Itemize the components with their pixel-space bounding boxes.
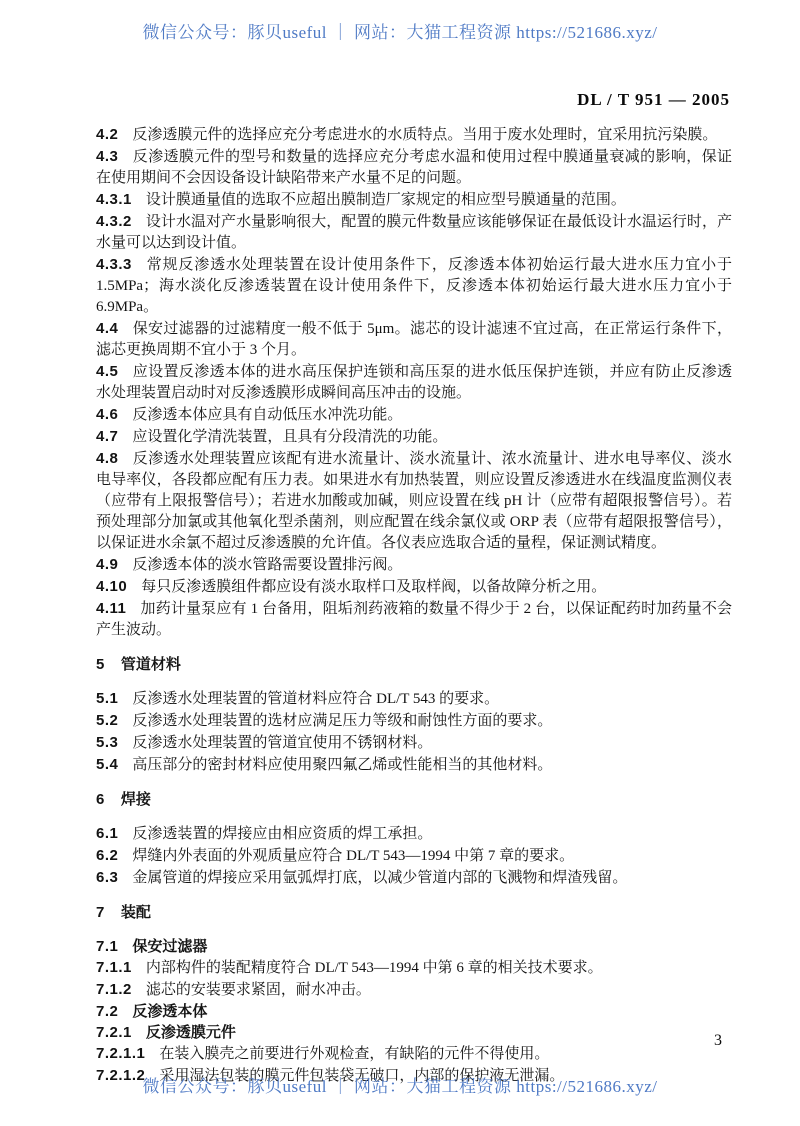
clause-text: 内部构件的装配精度符合 DL/T 543—1994 中第 6 章的相关技术要求。 [146,960,603,976]
clause-text: 应设置化学清洗装置，且具有分段清洗的功能。 [132,429,447,445]
clause-text: 装配 [121,904,151,921]
clause-text: 在装入膜壳之前要进行外观检查，有缺陷的元件不得使用。 [159,1046,549,1062]
clause-text: 反渗透膜元件 [146,1024,236,1041]
clause-text: 反渗透本体的淡水管路需要设置排污阀。 [132,557,402,573]
clause-number: 4.3 [96,148,118,165]
clause-text: 反渗透本体应具有自动低压水冲洗功能。 [132,407,402,423]
clause-paragraph: 4.5应设置反渗透本体的进水高压保护连锁和高压泵的进水低压保护连锁，并应有防止反… [96,361,732,404]
clause-paragraph: 4.8反渗透水处理装置应该配有进水流量计、淡水流量计、浓水流量计、进水电导率仪、… [96,448,732,554]
clause-paragraph: 4.4保安过滤器的过滤精度一般不低于 5μm。滤芯的设计滤速不宜过高，在正常运行… [96,318,732,361]
clause-number: 5 [96,656,105,673]
clause-text: 设计膜通量值的选取不应超出膜制造厂家规定的相应型号膜通量的范围。 [146,192,626,208]
clause-text: 管道材料 [121,656,181,673]
clause-paragraph: 4.6反渗透本体应具有自动低压水冲洗功能。 [96,404,732,426]
clause-text: 反渗透装置的焊接应由相应资质的焊工承担。 [132,826,432,842]
clause-text: 应设置反渗透本体的进水高压保护连锁和高压泵的进水低压保护连锁，并应有防止反渗透水… [96,364,732,401]
clause-paragraph: 4.11加药计量泵应有 1 台备用，阻垢剂药液箱的数量不得少于 2 台，以保证配… [96,598,732,641]
doc-code-header: DL / T 951 — 2005 [577,90,730,110]
clause-text: 加药计量泵应有 1 台备用，阻垢剂药液箱的数量不得少于 2 台，以保证配药时加药… [96,601,732,638]
clause-paragraph: 5.1反渗透水处理装置的管道材料应符合 DL/T 543 的要求。 [96,688,732,710]
clause-number: 4.5 [96,363,118,380]
clause-number: 7.1 [96,938,118,955]
clause-text: 反渗透水处理装置应该配有进水流量计、淡水流量计、浓水流量计、进水电导率仪、淡水电… [96,451,732,551]
clause-number: 7.2 [96,1003,118,1020]
clause-number: 7.2.1 [96,1024,132,1041]
section-heading: 7装配 [96,902,732,923]
clause-text: 反渗透膜元件的型号和数量的选择应充分考虑水温和使用过程中膜通量衰减的影响，保证在… [96,149,732,186]
clause-number: 4.4 [96,320,118,337]
clause-paragraph: 4.3.2设计水温对产水量影响很大，配置的膜元件数量应该能够保证在最低设计水温运… [96,211,732,254]
document-body: 4.2反渗透膜元件的选择应充分考虑进水的水质特点。当用于废水处理时，宜采用抗污染… [96,124,732,1087]
clause-number: 7.1.1 [96,959,132,976]
clause-number: 5.2 [96,712,118,729]
clause-number: 6.3 [96,869,118,886]
sub-section-heading: 7.1保安过滤器 [96,936,732,957]
clause-paragraph: 4.3.3常规反渗透水处理装置在设计使用条件下，反渗透本体初始运行最大进水压力宜… [96,254,732,318]
clause-paragraph: 6.3金属管道的焊接应采用氩弧焊打底，以减少管道内部的飞溅物和焊渣残留。 [96,867,732,889]
clause-paragraph: 4.9反渗透本体的淡水管路需要设置排污阀。 [96,554,732,576]
clause-number: 4.7 [96,428,118,445]
clause-text: 焊接 [121,791,151,808]
clause-text: 反渗透水处理装置的管道宜使用不锈钢材料。 [132,735,432,751]
clause-paragraph: 4.3.1设计膜通量值的选取不应超出膜制造厂家规定的相应型号膜通量的范围。 [96,189,732,211]
clause-number: 4.9 [96,556,118,573]
page-number: 3 [714,1032,722,1050]
clause-paragraph: 4.10每只反渗透膜组件都应设有淡水取样口及取样阀，以备故障分析之用。 [96,576,732,598]
clause-number: 4.10 [96,578,127,595]
clause-number: 5.1 [96,690,118,707]
clause-number: 4.11 [96,600,126,617]
clause-number: 7.2.1.1 [96,1045,145,1062]
watermark-bottom: 微信公众号：豚贝useful ｜ 网站：大猫工程资源 https://52168… [0,1072,800,1097]
sub-section-heading: 7.2.1反渗透膜元件 [96,1022,732,1043]
clause-paragraph: 4.7应设置化学清洗装置，且具有分段清洗的功能。 [96,426,732,448]
clause-paragraph: 7.2.1.1在装入膜壳之前要进行外观检查，有缺陷的元件不得使用。 [96,1043,732,1065]
clause-number: 4.3.2 [96,213,132,230]
clause-paragraph: 4.2反渗透膜元件的选择应充分考虑进水的水质特点。当用于废水处理时，宜采用抗污染… [96,124,732,146]
clause-text: 保安过滤器的过滤精度一般不低于 5μm。滤芯的设计滤速不宜过高，在正常运行条件下… [96,321,732,358]
clause-text: 常规反渗透水处理装置在设计使用条件下，反渗透本体初始运行最大进水压力宜小于 1.… [96,257,732,315]
clause-paragraph: 6.1反渗透装置的焊接应由相应资质的焊工承担。 [96,823,732,845]
clause-paragraph: 6.2焊缝内外表面的外观质量应符合 DL/T 543—1994 中第 7 章的要… [96,845,732,867]
clause-text: 每只反渗透膜组件都应设有淡水取样口及取样阀，以备故障分析之用。 [141,579,606,595]
clause-text: 反渗透膜元件的选择应充分考虑进水的水质特点。当用于废水处理时，宜采用抗污染膜。 [132,127,717,143]
clause-text: 高压部分的密封材料应使用聚四氟乙烯或性能相当的其他材料。 [132,757,552,773]
clause-number: 7 [96,904,105,921]
clause-text: 反渗透本体 [132,1003,207,1020]
clause-paragraph: 5.2反渗透水处理装置的选材应满足压力等级和耐蚀性方面的要求。 [96,710,732,732]
watermark-top: 微信公众号：豚贝useful ｜ 网站：大猫工程资源 https://52168… [0,18,800,43]
clause-number: 4.3.3 [96,256,132,273]
section-heading: 6焊接 [96,789,732,810]
clause-text: 设计水温对产水量影响很大，配置的膜元件数量应该能够保证在最低设计水温运行时，产水… [96,214,732,251]
clause-text: 滤芯的安装要求紧固，耐水冲击。 [146,982,371,998]
clause-text: 反渗透水处理装置的管道材料应符合 DL/T 543 的要求。 [132,691,499,707]
clause-number: 4.6 [96,406,118,423]
clause-number: 4.2 [96,126,118,143]
clause-number: 5.3 [96,734,118,751]
clause-text: 焊缝内外表面的外观质量应符合 DL/T 543—1994 中第 7 章的要求。 [132,848,574,864]
clause-number: 4.3.1 [96,191,132,208]
clause-paragraph: 7.1.1内部构件的装配精度符合 DL/T 543—1994 中第 6 章的相关… [96,957,732,979]
clause-text: 反渗透水处理装置的选材应满足压力等级和耐蚀性方面的要求。 [132,713,552,729]
section-heading: 5管道材料 [96,654,732,675]
clause-paragraph: 5.4高压部分的密封材料应使用聚四氟乙烯或性能相当的其他材料。 [96,754,732,776]
clause-paragraph: 4.3反渗透膜元件的型号和数量的选择应充分考虑水温和使用过程中膜通量衰减的影响，… [96,146,732,189]
clause-number: 7.1.2 [96,981,132,998]
clause-paragraph: 5.3反渗透水处理装置的管道宜使用不锈钢材料。 [96,732,732,754]
document-page: 微信公众号：豚贝useful ｜ 网站：大猫工程资源 https://52168… [0,0,800,1126]
clause-text: 金属管道的焊接应采用氩弧焊打底，以减少管道内部的飞溅物和焊渣残留。 [132,870,627,886]
clause-text: 保安过滤器 [132,938,207,955]
clause-number: 6 [96,791,105,808]
clause-number: 6.2 [96,847,118,864]
sub-section-heading: 7.2反渗透本体 [96,1001,732,1022]
clause-number: 6.1 [96,825,118,842]
clause-number: 5.4 [96,756,118,773]
clause-paragraph: 7.1.2滤芯的安装要求紧固，耐水冲击。 [96,979,732,1001]
clause-number: 4.8 [96,450,118,467]
